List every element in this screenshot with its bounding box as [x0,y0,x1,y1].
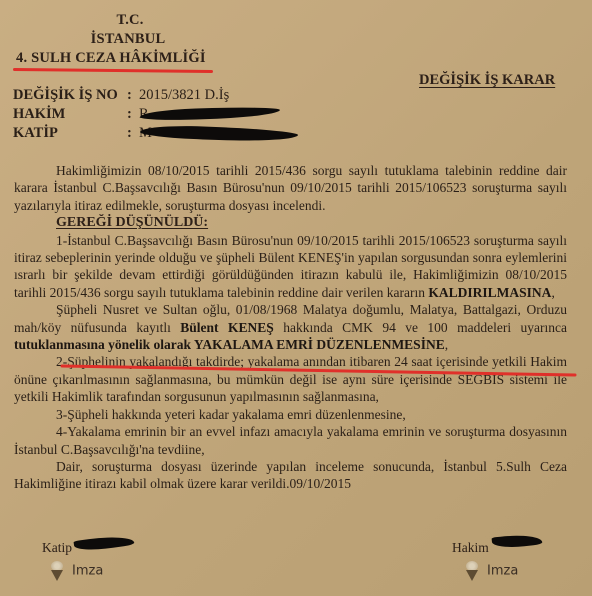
judge-signature-redaction [492,532,543,549]
closing-paragraph: Dair, soruşturma dosyası üzerinde yapıla… [14,458,567,493]
case-no-label: DEĞİŞİK İŞ NO [13,86,127,105]
clerk-colon: : [127,124,139,143]
court-name-highlight [13,68,213,73]
suspect-name: Bülent KENEŞ [180,320,273,335]
clerk-label: KATİP [13,124,127,143]
clerk-signature-redaction [73,533,134,553]
geregi-heading: GEREĞİ DÜŞÜNÜLDÜ: [56,214,567,231]
judge-imza: Imza [487,564,518,579]
item-1: 1-İstanbul C.Başsavcılığı Basın Bürosu'n… [14,232,567,302]
decision-title: DEĞİŞİK İŞ KARAR [419,72,555,89]
suspect-paragraph: Şüpheli Nusret ve Sultan oğlu, 01/08/196… [14,301,567,353]
clerk-sign-block: Imza [50,561,103,581]
case-no-row: DEĞİŞİK İŞ NO : 2015/3821 D.İş [13,86,413,105]
clerk-imza: Imza [72,564,103,579]
header-tc: T.C. [0,12,260,29]
item-3: 3-Şüpheli hakkında yeteri kadar yakalama… [14,406,567,423]
seal-ribbon-icon [50,561,64,581]
case-no-colon: : [127,86,139,105]
warrant-highlight [60,362,580,378]
intro-paragraph: Hakimliğimizin 08/10/2015 tarihli 2015/4… [14,162,567,214]
suspect-text-2: hakkında CMK 94 ve 100 maddeleri uyarınc… [274,320,567,335]
judge-sign-block: Imza [465,561,518,581]
seal-ribbon-icon [465,561,479,581]
decision-body: Hakimliğimizin 08/10/2015 tarihli 2015/4… [14,162,567,493]
judge-signature-label: Hakim [452,540,489,556]
header-city: İSTANBUL [0,31,258,48]
case-no-value: 2015/3821 D.İş [139,86,229,105]
judge-colon: : [127,105,139,124]
item-1-end: , [551,285,554,300]
suspect-end: , [445,337,448,352]
judge-label: HAKİM [13,105,127,124]
item-4: 4-Yakalama emrinin bir an evvel infazı a… [14,423,567,458]
court-name: 4. SULH CEZA HÂKİMLİĞİ [16,50,206,67]
clerk-signature-label: Katip [42,540,72,556]
arrest-warrant-order: tutuklanmasına yönelik olarak YAKALAMA E… [14,337,445,352]
item-1-bold: KALDIRILMASINA [428,285,551,300]
